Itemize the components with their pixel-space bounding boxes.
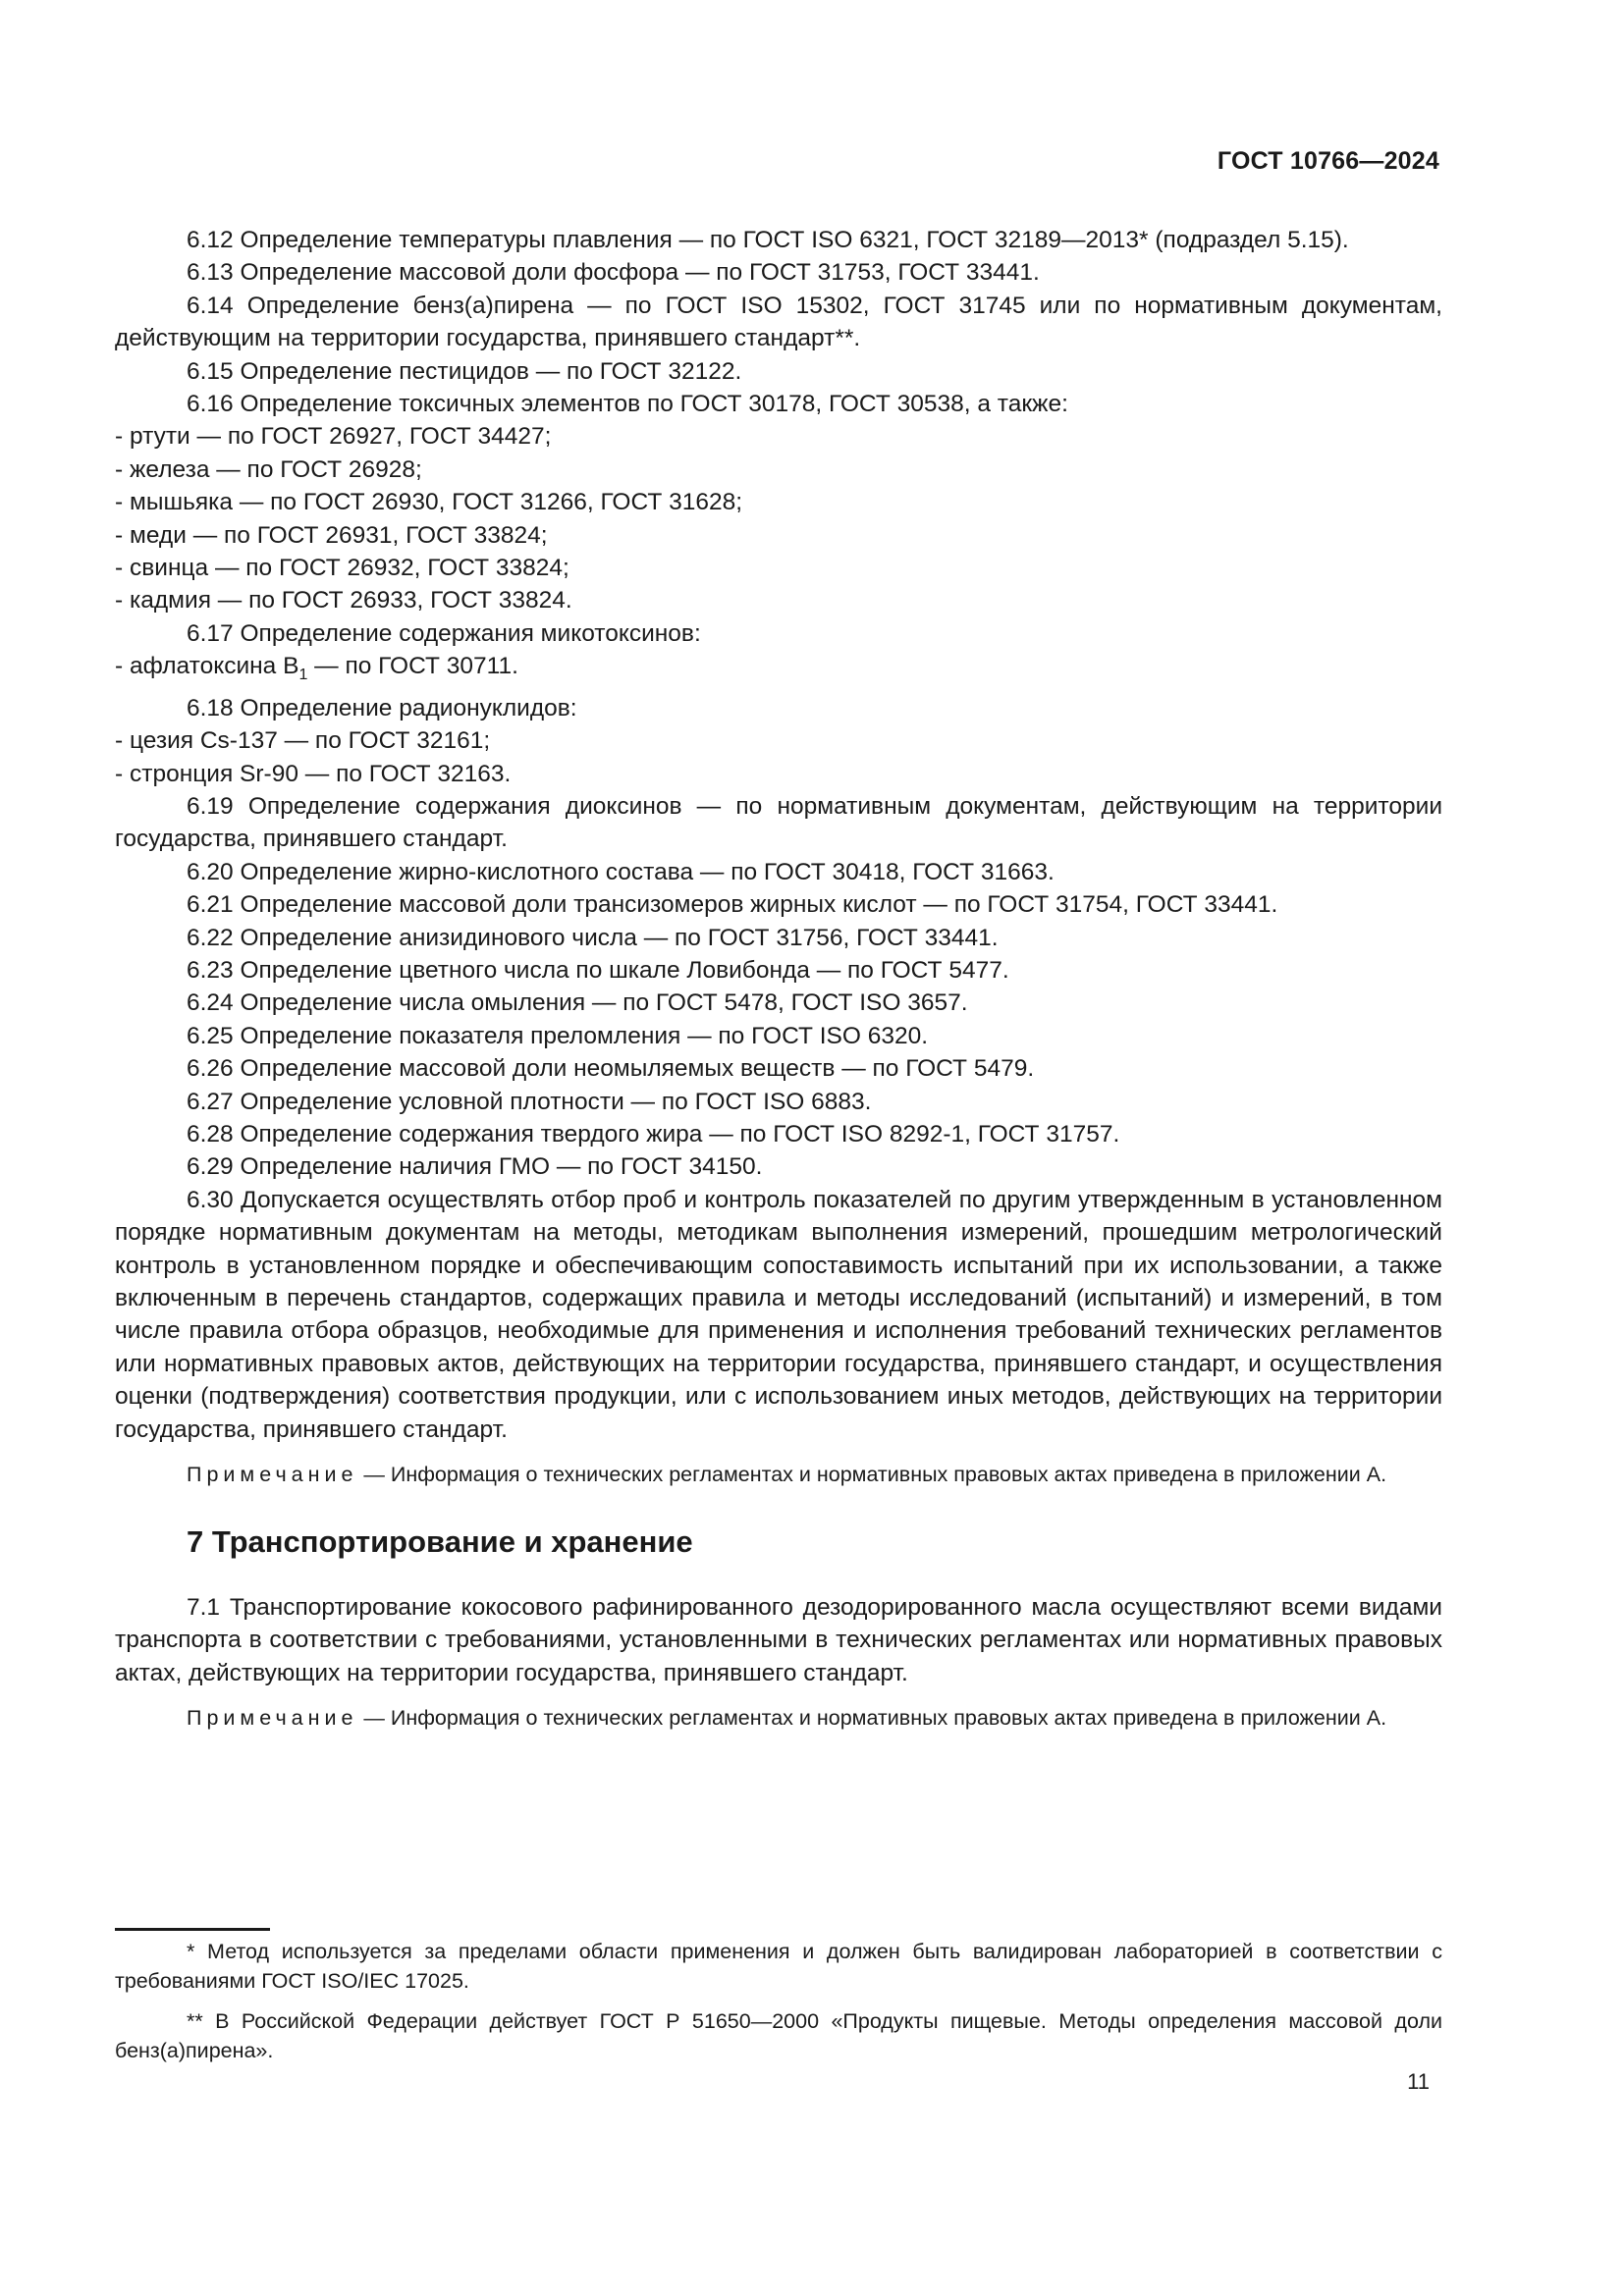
page-number: 11	[1407, 2069, 1430, 2095]
clause-6-15: 6.15 Определение пестицидов — по ГОСТ 32…	[115, 355, 1442, 388]
clause-6-14: 6.14 Определение бенз(а)пирена — по ГОСТ…	[115, 290, 1442, 355]
clause-6-25: 6.25 Определение показателя преломления …	[115, 1020, 1442, 1052]
list-item: -мышьяка — по ГОСТ 26930, ГОСТ 31266, ГО…	[115, 486, 1442, 518]
document-header-id: ГОСТ 10766—2024	[1218, 147, 1439, 176]
list-item-text: кадмия — по ГОСТ 26933, ГОСТ 33824.	[130, 587, 572, 614]
clause-6-26: 6.26 Определение массовой доли неомыляем…	[115, 1052, 1442, 1085]
clause-6-19: 6.19 Определение содержания диоксинов — …	[115, 790, 1442, 856]
list-item-text: свинца — по ГОСТ 26932, ГОСТ 33824;	[130, 555, 569, 581]
clause-6-13: 6.13 Определение массовой доли фосфора —…	[115, 256, 1442, 289]
list-item: -цезия Cs-137 — по ГОСТ 32161;	[115, 724, 1442, 757]
note-text: — Информация о технических регламентах и…	[357, 1706, 1386, 1730]
bullet-dash: -	[115, 519, 130, 552]
toxic-elements-list: -ртути — по ГОСТ 26927, ГОСТ 34427; -жел…	[115, 420, 1442, 616]
list-item: -стронция Sr-90 — по ГОСТ 32163.	[115, 758, 1442, 790]
bullet-dash: -	[115, 486, 130, 518]
clause-6-21: 6.21 Определение массовой доли трансизом…	[115, 888, 1442, 921]
clause-6-29: 6.29 Определение наличия ГМО — по ГОСТ 3…	[115, 1150, 1442, 1183]
bullet-dash: -	[115, 420, 130, 453]
list-item-text: афлатоксина B	[130, 653, 298, 679]
clause-6-20: 6.20 Определение жирно-кислотного состав…	[115, 856, 1442, 888]
list-item: -кадмия — по ГОСТ 26933, ГОСТ 33824.	[115, 584, 1442, 616]
bullet-dash: -	[115, 454, 130, 486]
bullet-dash: -	[115, 552, 130, 584]
footnote-1: * Метод используется за пределами област…	[115, 1937, 1442, 1996]
bullet-dash: -	[115, 724, 130, 757]
note-label: Примечание	[187, 1706, 357, 1730]
footnote-divider	[115, 1928, 270, 1931]
note-section-6: Примечание — Информация о технических ре…	[115, 1460, 1442, 1489]
note-section-7: Примечание — Информация о технических ре…	[115, 1703, 1442, 1733]
list-item-text: железа — по ГОСТ 26928;	[130, 456, 422, 483]
subscript: 1	[298, 667, 307, 683]
clause-6-16: 6.16 Определение токсичных элементов по …	[115, 388, 1442, 420]
clause-6-18: 6.18 Определение радионуклидов:	[115, 692, 1442, 724]
section-7-heading: 7 Транспортирование и хранение	[115, 1522, 1442, 1562]
list-item: -меди — по ГОСТ 26931, ГОСТ 33824;	[115, 519, 1442, 552]
bullet-dash: -	[115, 650, 130, 682]
list-item: -железа — по ГОСТ 26928;	[115, 454, 1442, 486]
clause-6-27: 6.27 Определение условной плотности — по…	[115, 1086, 1442, 1118]
document-body: 6.12 Определение температуры плавления —…	[115, 224, 1442, 1733]
clause-6-28: 6.28 Определение содержания твердого жир…	[115, 1118, 1442, 1150]
clause-6-17: 6.17 Определение содержания микотоксинов…	[115, 617, 1442, 650]
clause-6-12: 6.12 Определение температуры плавления —…	[115, 224, 1442, 256]
list-item-text: цезия Cs-137 — по ГОСТ 32161;	[130, 727, 490, 754]
clause-6-23: 6.23 Определение цветного числа по шкале…	[115, 954, 1442, 987]
clause-6-30: 6.30 Допускается осуществлять отбор проб…	[115, 1184, 1442, 1446]
note-text: — Информация о технических регламентах и…	[357, 1463, 1386, 1486]
footnotes: * Метод используется за пределами област…	[115, 1937, 1442, 2076]
bullet-dash: -	[115, 758, 130, 790]
list-item-text: стронция Sr-90 — по ГОСТ 32163.	[130, 761, 511, 787]
list-item: -свинца — по ГОСТ 26932, ГОСТ 33824;	[115, 552, 1442, 584]
bullet-dash: -	[115, 584, 130, 616]
list-item-text: меди — по ГОСТ 26931, ГОСТ 33824;	[130, 522, 548, 549]
list-item-text: ртути — по ГОСТ 26927, ГОСТ 34427;	[130, 423, 551, 450]
clause-6-22: 6.22 Определение анизидинового числа — п…	[115, 922, 1442, 954]
list-item-text: — по ГОСТ 30711.	[307, 653, 518, 679]
footnote-2: ** В Российской Федерации действует ГОСТ…	[115, 2006, 1442, 2065]
clause-7-1: 7.1 Транспортирование кокосового рафинир…	[115, 1591, 1442, 1689]
clause-6-24: 6.24 Определение числа омыления — по ГОС…	[115, 987, 1442, 1019]
list-item-text: мышьяка — по ГОСТ 26930, ГОСТ 31266, ГОС…	[130, 489, 742, 515]
list-item: -ртути — по ГОСТ 26927, ГОСТ 34427;	[115, 420, 1442, 453]
list-item-aflatoxin: -афлатоксина B1 — по ГОСТ 30711.	[115, 650, 1442, 691]
note-label: Примечание	[187, 1463, 357, 1486]
